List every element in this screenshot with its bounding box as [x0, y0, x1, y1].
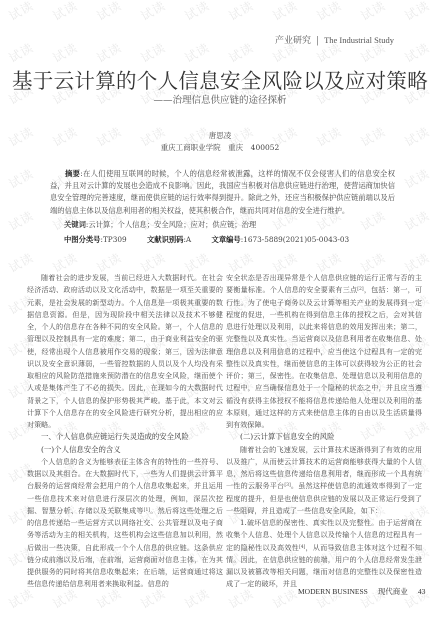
page-footer: MODERN BUSINESS现代商业43 [298, 586, 435, 597]
page-number: 43 [418, 587, 426, 596]
abstract-text: :在人们使用互联网的时候，个人的信息经常被泄露，这样的情况不仅会侵害人们的信息安… [50, 169, 395, 215]
running-header: 产业研究|The Industrial Study [275, 33, 394, 46]
journal-name-cn: 现代商业 [378, 587, 408, 596]
keywords-text: :云计算；个人信息；安全风险；应对；供应链；治理 [86, 220, 256, 229]
author-name: 唐思凌 [0, 130, 440, 141]
keywords: 关键词:云计算；个人信息；安全风险；应对；供应链；治理 [64, 220, 256, 230]
author-affiliation: 重庆工商职业学院 重庆 400052 [0, 142, 440, 153]
section-heading-1: 一、个人信息供应链运行失灵造成的安全风险 [27, 431, 223, 443]
section-name-en: The Industrial Study [324, 35, 394, 45]
document-code-label: 文献识别码 [147, 235, 183, 244]
article-subtitle: ——治理信息供应链的途径探析 [0, 92, 440, 106]
body-column-right: 安全状态是否出现异常是个人信息供应链的运行正常与否的主要衡量标准。个人信息的安全… [226, 272, 422, 591]
abstract-label: 摘要 [65, 169, 80, 178]
article-number-value: :1673-5889(2021)05-0043-03 [241, 235, 349, 244]
document-code: 文献识别码:A [147, 235, 191, 244]
intro-paragraph: 随着社会的进步发展，当前已经进入大数据时代。在社会经济活动、政府活动以及文化活动… [27, 272, 223, 431]
header-separator: | [316, 36, 319, 46]
document-code-value: :A [183, 235, 191, 244]
article-title: 基于云计算的个人信息安全风险以及应对策略 [0, 64, 440, 94]
body-paragraph: 个人信息的含义为能够表征主体含有的特性的一些符号、数据以及其组合。在大数据时代下… [27, 456, 223, 591]
clc-label: 中图分类号 [64, 235, 100, 244]
keywords-label: 关键词 [64, 220, 86, 229]
article-page: 产业研究|The Industrial Study 基于云计算的个人信息安全风险… [0, 0, 440, 620]
subsection-heading-1-2: (二)云计算下信息安全的风险 [226, 431, 422, 443]
article-number: 文章编号:1673-5889(2021)05-0043-03 [212, 235, 350, 244]
body-paragraph: 1.破坏信息的保密性、真实性以及完整性。由于运营商在收集个人信息、处理个人信息以… [226, 517, 422, 591]
body-paragraph: 随着社会的飞速发展，云计算技术逐渐得到了有效的应用以及推广，从而使云计算技术的运… [226, 444, 422, 518]
clc-value: :TP309 [100, 235, 126, 244]
article-number-label: 文章编号 [212, 235, 241, 244]
article-meta: 中图分类号:TP309 文献识别码:A 文章编号:1673-5889(2021)… [64, 235, 367, 245]
paragraph-text: 。然后将这些处理之后的信息传递给一些运营方式以网络社交、公共管理以及电子商务等活… [27, 506, 223, 589]
journal-name-en: MODERN BUSINESS [298, 587, 368, 596]
section-name-cn: 产业研究 [275, 36, 311, 46]
abstract: 摘要:在人们使用互联网的时候，个人的信息经常被泄露，这样的情况不仅会侵害人们的信… [50, 168, 395, 217]
clc-number: 中图分类号:TP309 [64, 235, 127, 244]
body-paragraph: 安全状态是否出现异常是个人信息供应链的运行正常与否的主要衡量标准。个人信息的安全… [226, 272, 422, 431]
subsection-heading-1-1: (一)个人信息安全的含义 [27, 444, 223, 456]
body-column-left: 随着社会的进步发展，当前已经进入大数据时代。在社会经济活动、政府活动以及文化活动… [27, 272, 223, 591]
paragraph-text: ，包括：第一，可行性。为了使电子商务以及云计算等相关产业的发展得到一定程度的促进… [226, 285, 422, 429]
